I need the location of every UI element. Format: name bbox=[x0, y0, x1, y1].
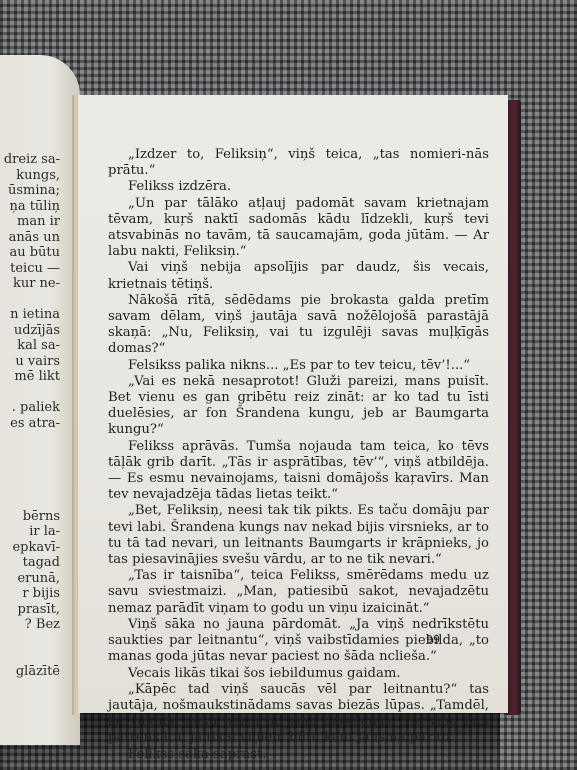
paragraph: Nākošā rītā, sēdēdams pie brokasta galda… bbox=[108, 293, 489, 358]
left-page-fragment: teicu — bbox=[10, 261, 60, 277]
left-page-fragment: bērns bbox=[23, 509, 60, 525]
paragraph: „Kāpēc tad viņš saucās vēl par leitnantu… bbox=[108, 682, 489, 747]
left-page-fragment: ūsmina; bbox=[8, 183, 60, 199]
paragraph: Felikss sāka saprast. bbox=[108, 747, 489, 763]
left-page-fragment: ir la- bbox=[29, 524, 60, 540]
left-page-fragment: mē likt bbox=[14, 369, 60, 385]
page-text: „Izdzer to, Feliksiņ“, viņš teica, „tas … bbox=[108, 147, 489, 763]
left-page-fragment: man ir bbox=[17, 214, 60, 230]
left-page-fragment: kungs, bbox=[16, 168, 60, 184]
right-page: „Izdzer to, Feliksiņ“, viņš teica, „tas … bbox=[78, 95, 508, 713]
left-page-fragment: ņa tūliņ bbox=[9, 199, 60, 215]
left-page-fragment: tagad bbox=[23, 555, 60, 571]
left-page-fragment: au būtu bbox=[9, 245, 60, 261]
paragraph: Felsikss palika nikns... „Es par to tev … bbox=[108, 358, 489, 374]
paragraph: „Tas ir taisnība“, teica Felikss, smērēd… bbox=[108, 568, 489, 617]
left-page-fragment: glāzītē bbox=[16, 664, 60, 680]
left-page-fragment: ? Bez bbox=[25, 617, 60, 633]
left-page-fragment: erunā, bbox=[17, 571, 60, 587]
left-page-fragment: dreiz sa- bbox=[4, 152, 60, 168]
left-page-fragment: anās un bbox=[9, 230, 60, 246]
left-page-fragment: kal sa- bbox=[17, 338, 60, 354]
left-page-fragment: . paliek bbox=[12, 400, 60, 416]
paragraph: „Bet, Feliksiņ, neesi tak tik pikts. Es … bbox=[108, 503, 489, 568]
paragraph: Felikss aprāvās. Tumša nojauda tam teica… bbox=[108, 439, 489, 504]
page-number: 99 bbox=[426, 633, 440, 646]
left-page-fragment: epkavī- bbox=[12, 540, 60, 556]
paragraph: „Izdzer to, Feliksiņ“, viņš teica, „tas … bbox=[108, 147, 489, 179]
left-page-fragment: udzījās bbox=[14, 323, 60, 339]
left-page-fragment: kur ne- bbox=[13, 276, 60, 292]
paragraph: Vai viņš nebija apsolījis par daudz, šis… bbox=[108, 260, 489, 292]
left-page-fragment: u vairs bbox=[15, 354, 60, 370]
left-page: dreiz sa-kungs,ūsmina;ņa tūliņman iranās… bbox=[0, 55, 80, 745]
left-page-fragment: prasīt, bbox=[18, 602, 60, 618]
paragraph: Vecais likās tikai šos iebildumus gaidam… bbox=[108, 666, 489, 682]
paragraph: „Vai es nekā nesaprotot! Gluži pareizi, … bbox=[108, 374, 489, 439]
paragraph: Felikss izdzēra. bbox=[108, 179, 489, 195]
left-page-fragment: n ietina bbox=[10, 307, 60, 323]
left-page-fragment: es atra- bbox=[10, 416, 60, 432]
paragraph: „Un par tālāko atļauj padomāt savam krie… bbox=[108, 196, 489, 261]
left-page-fragment: r bijis bbox=[22, 586, 60, 602]
